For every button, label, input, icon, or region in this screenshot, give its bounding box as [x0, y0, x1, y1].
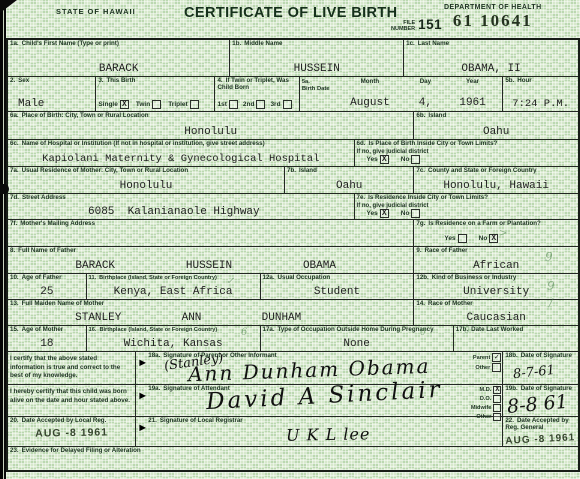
- field-1b-num: 1b.: [232, 40, 241, 47]
- field-6a: 6a.Place of Birth: City, Town or Rural L…: [8, 112, 414, 139]
- do-label: D.O.: [480, 396, 492, 402]
- field-15-num: 15.: [10, 326, 19, 333]
- row-mother-details: 15.Age of Mother 18 16.Birthplace (Islan…: [8, 326, 578, 352]
- field-23-label: Evidence for Delayed Filing or Alteratio…: [22, 447, 141, 454]
- field-13-label: Full Maiden Name of Mother: [22, 300, 105, 307]
- field-21: ► 21.Signature of Local Registrar U K L …: [136, 417, 503, 446]
- field-7e-num: 7e.: [357, 194, 366, 201]
- father-last-name: OBAMA: [303, 260, 336, 272]
- field-4-label: If Twin or Triplet, Was Child Born: [217, 77, 288, 91]
- field-7c-label: County and State or Foreign Country: [428, 167, 537, 174]
- field-3-label: This Birth: [107, 77, 136, 84]
- field-7b-label: Island: [299, 167, 317, 174]
- field-19b: 19b.Date of Signature 8-8 61: [503, 385, 578, 416]
- field-7f-num: 7f.: [10, 220, 17, 227]
- option-twin-label: Twin: [136, 101, 150, 108]
- pencil-mark: 9: [547, 279, 555, 293]
- year-sublabel: Year: [445, 78, 501, 85]
- field-7a-label: Usual Residence of Mother: City, Town or…: [22, 167, 189, 174]
- field-9-num: 9.: [416, 247, 421, 254]
- row-registrar: 20.Date Accepted by Local Reg. AUG -8 19…: [8, 417, 578, 447]
- field-21-num: 21.: [148, 417, 157, 424]
- field-7e: 7e.Is Residence Inside City or Town Limi…: [355, 194, 578, 219]
- field-7c: 7c.County and State or Foreign Country H…: [414, 167, 578, 193]
- month-sublabel: Month: [334, 78, 406, 85]
- row-father-details: 10.Age of Father 25 11.Birthplace (Islan…: [8, 274, 578, 300]
- field-10: 10.Age of Father 25: [8, 274, 87, 299]
- checkbox-7g-no: X: [489, 234, 498, 243]
- field-5a-num: 5a.: [302, 79, 310, 85]
- field-6b-label: Island: [428, 112, 446, 119]
- field-10-value: 25: [10, 286, 84, 298]
- certify-text-1: I certify that the above stated informat…: [10, 353, 133, 381]
- scan-corner-artifact: [0, 0, 17, 13]
- father-middle-name: HUSSEIN: [186, 260, 232, 272]
- number-label: NUMBER: [391, 26, 415, 32]
- field-1b-value: HUSSEIN: [232, 63, 401, 75]
- field-5b: 5b.Hour 7:24 P.M.: [503, 77, 578, 111]
- field-8-label: Full Name of Father: [18, 247, 76, 254]
- field-7f-label: Mother's Mailing Address: [20, 220, 95, 227]
- department-block: DEPARTMENT OF HEALTH 61 10641: [444, 4, 542, 31]
- field-6a-value: Honolulu: [10, 126, 411, 138]
- field-10-num: 10.: [10, 274, 19, 281]
- field-8: 8.Full Name of Father BARACK HUSSEIN OBA…: [8, 247, 414, 273]
- state-label: STATE OF HAWAII: [56, 7, 136, 16]
- field-19a-num: 19a.: [148, 385, 160, 392]
- field-17a-label: Type of Occupation Outside Home During P…: [278, 326, 434, 333]
- field-18b: 18b.Date of Signature 8-7-61: [503, 352, 578, 384]
- field-11: 11.Birthplace (Island, State or Foreign …: [87, 274, 261, 299]
- field-7g: 7g.Is Residence on a Farm or Plantation?…: [414, 220, 578, 246]
- option-3rd-label: 3rd: [270, 101, 280, 108]
- field-6b-num: 6b.: [416, 112, 425, 119]
- field-9: 9.Race of Father African: [414, 247, 578, 273]
- field-22-num: 22.: [505, 417, 514, 424]
- birth-certificate-scan: / ✓ 9 9 6 / 0 0 > STATE OF HAWAII CERTIF…: [0, 0, 580, 479]
- checkbox-other-informant: [492, 363, 501, 372]
- field-16-label: Birthplace (Island, State or Foreign Cou…: [99, 327, 217, 333]
- yes-label: Yes: [367, 210, 378, 217]
- field-3: 3.This Birth SingleX Twin Triplet: [96, 77, 215, 111]
- certify-statement-2: I hereby certify that this child was bor…: [8, 385, 136, 416]
- field-18b-label: Date of Signature: [521, 352, 572, 359]
- pencil-mark: 0: [420, 328, 426, 338]
- option-1st-label: 1st: [217, 101, 226, 108]
- father-first-name: BARACK: [75, 260, 115, 272]
- field-11-label: Birthplace (Island, State or Foreign Cou…: [99, 275, 217, 281]
- field-5a-label: Birth Date: [302, 86, 330, 92]
- checkbox-7e-no: [411, 209, 420, 218]
- field-15-label: Age of Mother: [22, 326, 64, 333]
- field-7b-num: 7b.: [287, 167, 296, 174]
- field-6c: 6c.Name of Hospital or Institution (If n…: [8, 140, 355, 166]
- field-7b: 7b.Island Oahu: [285, 167, 414, 193]
- field-16-num: 16.: [89, 327, 97, 333]
- field-14-num: 14.: [416, 300, 425, 307]
- field-1a-label: Child's First Name (Type or print): [22, 40, 119, 47]
- field-7c-num: 7c.: [416, 167, 425, 174]
- local-registrar-signature: U K L lee: [286, 424, 371, 444]
- field-7d-num: 7d.: [10, 194, 19, 201]
- option-triplet-label: Triplet: [168, 101, 188, 108]
- signature-arrow-icon: ►: [137, 358, 148, 369]
- row-attendant-signature: I hereby certify that this child was bor…: [8, 385, 578, 417]
- field-17a-value: None: [263, 338, 451, 350]
- birth-month-value: August: [334, 97, 406, 109]
- field-6d-num: 6d.: [357, 140, 366, 147]
- registrar-general-date-stamp: AUG -8 1961: [505, 432, 576, 447]
- field-7g-num: 7g.: [416, 220, 425, 227]
- signature-arrow-icon: ►: [137, 423, 148, 434]
- row-child-name: 1a.Child's First Name (Type or print) BA…: [8, 40, 578, 77]
- checkbox-parent: ✓: [492, 353, 501, 362]
- checkbox-6d-no: [411, 155, 420, 164]
- field-7a-num: 7a.: [10, 167, 19, 174]
- row-mailing-address: 7f.Mother's Mailing Address 7g.Is Reside…: [8, 220, 578, 247]
- field-7g-label: Is Residence on a Farm or Plantation?: [428, 220, 540, 227]
- field-7c-value: Honolulu, Hawaii: [416, 180, 576, 192]
- checkbox-3rd: [283, 100, 292, 109]
- field-1b: 1b.Middle Name HUSSEIN: [230, 40, 404, 76]
- field-7d-value: 6085 Kalanianaole Highway: [88, 206, 352, 218]
- field-6c-value: Kapiolani Maternity & Gynecological Hosp…: [10, 153, 352, 165]
- field-2: 2.Sex Male: [8, 77, 96, 111]
- field-1b-label: Middle Name: [244, 40, 282, 47]
- field-8-num: 8.: [10, 247, 15, 254]
- certify-text-2: I hereby certify that this child was bor…: [10, 386, 133, 405]
- pencil-mark: /: [98, 76, 102, 89]
- birth-day-value: 4,: [406, 97, 445, 109]
- md-label: M.D.: [480, 387, 492, 393]
- field-18a-num: 18a.: [148, 352, 160, 359]
- field-17a-num: 17a.: [263, 326, 275, 333]
- parent-signature-date: 8-7-61: [513, 361, 577, 382]
- informant-type-checkboxes: Parent✓ Other: [473, 353, 501, 372]
- field-6b-value: Oahu: [416, 126, 576, 138]
- field-2-label: Sex: [18, 77, 29, 84]
- row-evidence: 23.Evidence for Delayed Filing or Altera…: [8, 447, 578, 470]
- day-sublabel: Day: [406, 78, 445, 85]
- option-single-label: Single: [98, 101, 118, 108]
- file-number-block: FILE NUMBER 151: [391, 17, 442, 32]
- field-4-num: 4.: [217, 77, 222, 84]
- field-12a-num: 12a.: [263, 274, 275, 281]
- checkbox-2nd: [256, 100, 265, 109]
- certify-statement-1: I certify that the above stated informat…: [8, 352, 136, 384]
- pencil-mark: /: [549, 296, 553, 309]
- birth-year-value: 1961: [445, 97, 501, 109]
- field-7e-label: Is Residence Inside City or Town Limits?: [368, 194, 488, 201]
- field-23-num: 23.: [10, 447, 19, 454]
- field-1a-value: BARACK: [10, 63, 227, 75]
- field-22-label: Date Accepted by Reg. General: [505, 417, 568, 431]
- field-17b-label: Date Last Worked: [471, 326, 523, 333]
- field-1c-label: Last Name: [418, 40, 449, 47]
- field-7a: 7a.Usual Residence of Mother: City, Town…: [8, 167, 285, 193]
- field-9-label: Race of Father: [425, 247, 468, 254]
- field-6d-label: Is Place of Birth Inside City or Town Li…: [369, 140, 498, 147]
- field-7b-value: Oahu: [287, 180, 411, 192]
- field-5a: 5a.Birth Date Month August Day 4, Year 1…: [300, 77, 503, 111]
- pencil-mark: 6: [241, 327, 247, 338]
- field-6c-num: 6c.: [10, 140, 19, 147]
- field-1c-value: OBAMA, II: [406, 63, 576, 75]
- field-20: 20.Date Accepted by Local Reg. AUG -8 19…: [8, 417, 136, 446]
- row-residence: 7a.Usual Residence of Mother: City, Town…: [8, 167, 578, 194]
- certificate-number: 61 10641: [444, 11, 542, 31]
- field-1c-num: 1c.: [406, 40, 415, 47]
- field-20-num: 20.: [10, 417, 19, 424]
- scan-left-edge: [0, 0, 6, 479]
- checkbox-triplet: [190, 100, 199, 109]
- yes-label: Yes: [367, 156, 378, 163]
- local-registrar-date-stamp: AUG -8 1961: [10, 426, 133, 440]
- parent-label: Parent: [473, 355, 490, 361]
- field-10-label: Age of Father: [22, 274, 62, 281]
- field-2-num: 2.: [10, 77, 15, 84]
- yes-label: Yes: [444, 235, 455, 242]
- no-label: No: [479, 235, 488, 242]
- field-1a: 1a.Child's First Name (Type or print) BA…: [8, 40, 230, 76]
- field-12a-value: Student: [263, 286, 412, 298]
- field-17b: 17b.Date Last Worked: [454, 326, 578, 351]
- field-14-value: Caucasian: [416, 312, 576, 324]
- field-22: 22.Date Accepted by Reg. General AUG -8 …: [503, 417, 578, 446]
- field-11-value: Kenya, East Africa: [89, 286, 258, 298]
- option-2nd-label: 2nd: [243, 101, 255, 108]
- field-7a-value: Honolulu: [10, 180, 282, 192]
- field-15-value: 18: [10, 338, 84, 350]
- attendant-type-checkboxes: M.D.X D.O. Midwife Other: [471, 386, 502, 421]
- field-5b-num: 5b.: [505, 77, 514, 84]
- field-18b-num: 18b.: [505, 352, 517, 359]
- field-5b-label: Hour: [517, 77, 531, 84]
- document-header: STATE OF HAWAII CERTIFICATE OF LIVE BIRT…: [6, 0, 580, 38]
- field-7d-label: Street Address: [22, 194, 66, 201]
- midwife-label: Midwife: [471, 405, 492, 411]
- row-parent-signature: I certify that the above stated informat…: [8, 352, 578, 385]
- mother-maiden-name: DUNHAM: [262, 312, 302, 324]
- file-number: 151: [418, 17, 442, 32]
- field-14: 14.Race of Mother Caucasian: [414, 300, 578, 325]
- form-table: 1a.Child's First Name (Type or print) BA…: [6, 38, 580, 472]
- field-6b: 6b.Island Oahu: [414, 112, 578, 139]
- field-18a: ► 18a.Signature of Parent or Other Infor…: [136, 352, 503, 384]
- checkbox-twin: [152, 100, 161, 109]
- mother-first-name: STANLEY: [75, 312, 121, 324]
- field-12a: 12a.Usual Occupation Student: [261, 274, 415, 299]
- checkbox-midwife: [493, 404, 501, 412]
- other-label: Other: [475, 365, 490, 371]
- checkbox-md: X: [493, 386, 501, 394]
- row-hospital: 6c.Name of Hospital or Institution (If n…: [8, 140, 578, 167]
- field-21-label: Signature of Local Registrar: [160, 417, 243, 424]
- pencil-mark: >: [499, 228, 507, 239]
- field-19b-num: 19b.: [505, 385, 517, 392]
- pencil-mark: ✓: [226, 276, 234, 287]
- field-20-label: Date Accepted by Local Reg.: [22, 417, 107, 424]
- scan-edge-artifact: [0, 184, 9, 194]
- field-6c-label: Name of Hospital or Institution (If not …: [22, 140, 265, 147]
- field-2-value: Male: [18, 98, 93, 110]
- field-15: 15.Age of Mother 18: [8, 326, 87, 351]
- field-1a-num: 1a.: [10, 40, 19, 47]
- birth-hour-value: 7:24 P.M.: [505, 98, 576, 110]
- field-6d: 6d.Is Place of Birth Inside City or Town…: [355, 140, 578, 166]
- field-6a-num: 6a.: [10, 112, 19, 119]
- field-11-num: 11.: [89, 275, 96, 281]
- field-13-num: 13.: [10, 300, 19, 307]
- field-13: 13.Full Maiden Name of Mother STANLEY AN…: [8, 300, 414, 325]
- checkbox-1st: [229, 100, 238, 109]
- field-1c: 1c.Last Name OBAMA, II: [404, 40, 578, 76]
- field-7f: 7f.Mother's Mailing Address: [8, 220, 414, 246]
- page-title: CERTIFICATE OF LIVE BIRTH: [184, 5, 398, 21]
- field-7d: 7d.Street Address 6085 Kalanianaole High…: [8, 194, 355, 219]
- field-16: 16.Birthplace (Island, State or Foreign …: [87, 326, 261, 351]
- checkbox-single: X: [120, 100, 129, 109]
- attendant-signature-date: 8-8 61: [507, 390, 577, 418]
- field-23: 23.Evidence for Delayed Filing or Altera…: [8, 447, 578, 470]
- row-mother-name: 13.Full Maiden Name of Mother STANLEY AN…: [8, 300, 578, 326]
- pencil-mark: 9: [545, 250, 553, 264]
- field-12b-label: Kind of Business or Industry: [432, 274, 517, 281]
- no-label: No: [401, 210, 410, 217]
- mother-middle-name: ANN: [182, 312, 202, 324]
- field-4: 4.If Twin or Triplet, Was Child Born 1st…: [215, 77, 299, 111]
- field-19a: ► 19a.Signature of Attendant David A Sin…: [136, 385, 503, 416]
- checkbox-do: [493, 395, 501, 403]
- field-14-label: Race of Mother: [428, 300, 473, 307]
- row-father-name: 8.Full Name of Father BARACK HUSSEIN OBA…: [8, 247, 578, 274]
- row-sex-birthdate: 2.Sex Male 3.This Birth SingleX Twin Tri…: [8, 77, 578, 112]
- signature-arrow-icon: ►: [137, 391, 148, 402]
- field-16-value: Wichita, Kansas: [89, 338, 258, 350]
- row-street-address: 7d.Street Address 6085 Kalanianaole High…: [8, 194, 578, 220]
- no-label: No: [401, 156, 410, 163]
- pencil-mark: 0: [464, 326, 470, 336]
- row-place-of-birth: 6a.Place of Birth: City, Town or Rural L…: [8, 112, 578, 140]
- field-12b-num: 12b.: [416, 274, 428, 281]
- field-12a-label: Usual Occupation: [278, 274, 331, 281]
- department-label: DEPARTMENT OF HEALTH: [444, 4, 542, 11]
- checkbox-7g-yes: [458, 234, 467, 243]
- field-6a-label: Place of Birth: City, Town or Rural Loca…: [22, 112, 149, 119]
- checkbox-6d-yes: X: [380, 155, 389, 164]
- checkbox-7e-yes: X: [380, 209, 389, 218]
